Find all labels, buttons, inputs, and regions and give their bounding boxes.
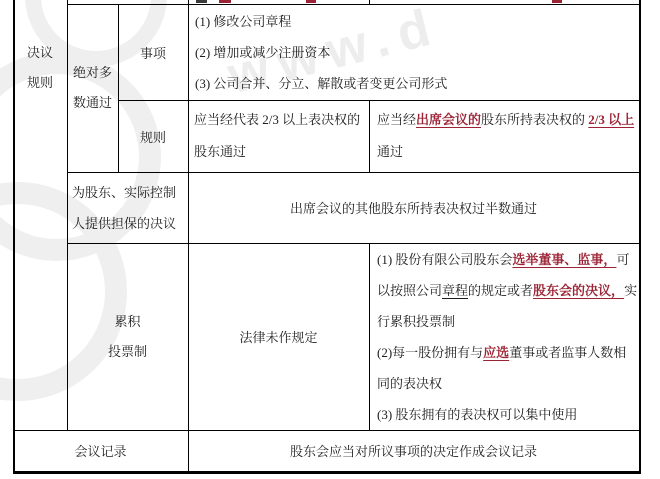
- rule-right-seg2-highlight: 出席会议的: [416, 112, 481, 127]
- cell-minutes-label: 会议记录: [13, 430, 188, 471]
- guarantee-content-text: 出席会议的其他股东所持表决权过半数通过: [188, 198, 639, 217]
- rule-right-seg1: 应当经: [377, 112, 416, 127]
- cumulative-label-line1: 累积: [67, 307, 188, 337]
- cut-off-text-fragment: [306, 0, 316, 3]
- cell-rule-limited-company: 应当经代表 2/3 以上表决权的股东通过: [194, 100, 371, 172]
- rule-right-seg4-highlight: 2/3 以上: [588, 112, 634, 127]
- cumulative-item1: (1) 股份有限公司股东会选举董事、监事，可以按照公司章程的规定或者股东会的决议…: [377, 244, 638, 337]
- table-border-bottom: [13, 471, 641, 474]
- minutes-content-text: 股东会应当对所议事项的决定作成会议记录: [188, 441, 639, 460]
- matters-item: (2) 增加或减少注册资本: [195, 37, 639, 68]
- cut-off-text-fragment: [196, 0, 207, 3]
- cumulative-item2-seg1: (2)每一股份拥有与: [377, 345, 483, 360]
- guarantee-label-line1: 为股东、实际控制: [72, 177, 188, 208]
- cumulative-item1-seg2-highlight: 选举董事、监事，: [512, 252, 616, 267]
- rule-right-seg5: 通过: [377, 144, 403, 159]
- cell-cumulative-content: (1) 股份有限公司股东会选举董事、监事，可以按照公司章程的规定或者股东会的决议…: [377, 243, 638, 430]
- rule-right-seg3: 股东所持表决权的: [481, 112, 588, 127]
- textbook-table-page: www.d 决议 规则 绝对多 数通过 事项 (1) 修改公司章程 (2) 增加…: [0, 0, 660, 479]
- cell-cumulative-middle: 法律未作规定: [188, 243, 369, 430]
- rule-limited-company-text: 应当经代表 2/3 以上表决权的股东通过: [194, 104, 371, 168]
- cell-resolution-rules-header: 决议 规则: [13, 38, 67, 98]
- rule-label: 规则: [118, 127, 188, 146]
- cell-absolute-majority-label: 绝对多 数通过: [67, 4, 118, 172]
- cumulative-item1-seg6-highlight: 股东会的决议，: [533, 283, 624, 298]
- cell-matters-content: (1) 修改公司章程 (2) 增加或减少注册资本 (3) 公司合并、分立、解散或…: [188, 4, 639, 100]
- cell-rule-joint-stock-company: 应当经出席会议的股东所持表决权的 2/3 以上通过: [377, 100, 638, 172]
- matters-item: (1) 修改公司章程: [195, 6, 639, 37]
- cell-minutes-content: 股东会应当对所议事项的决定作成会议记录: [188, 430, 639, 471]
- resolution-rules-line2: 规则: [13, 68, 67, 98]
- cell-guarantee-label: 为股东、实际控制 人提供担保的决议: [72, 172, 188, 243]
- table-border-right: [639, 0, 641, 474]
- cut-off-text-fragment: [219, 0, 231, 3]
- cumulative-item1-seg5: 的规定或者: [468, 283, 533, 298]
- cut-off-text-fragment: [552, 0, 562, 3]
- cumulative-item2-seg2-highlight: 应选: [483, 345, 509, 360]
- minutes-label: 会议记录: [13, 441, 188, 460]
- resolution-rules-line1: 决议: [13, 38, 67, 68]
- cumulative-item1-seg1: (1) 股份有限公司股东会: [377, 252, 512, 267]
- cell-matters-label: 事项: [118, 4, 188, 100]
- cumulative-middle-text: 法律未作规定: [188, 327, 369, 346]
- guarantee-label-line2: 人提供担保的决议: [72, 208, 188, 239]
- cumulative-item2: (2)每一股份拥有与应选董事或者监事人数相同的表决权: [377, 337, 638, 399]
- cell-guarantee-content: 出席会议的其他股东所持表决权过半数通过: [188, 172, 639, 243]
- rule-joint-stock-text: 应当经出席会议的股东所持表决权的 2/3 以上通过: [377, 104, 638, 168]
- cumulative-item1-seg4-underlined: 章程: [442, 283, 468, 298]
- cumulative-label-line2: 投票制: [67, 337, 188, 367]
- cumulative-item3: (3) 股东拥有的表决权可以集中使用: [377, 399, 638, 430]
- absolute-majority-line2: 数通过: [67, 88, 118, 118]
- cell-rule-label: 规则: [118, 100, 188, 172]
- cell-cumulative-label: 累积 投票制: [67, 243, 188, 430]
- matters-label: 事项: [118, 43, 188, 62]
- column-divider-split-cumulative-row: [369, 243, 370, 430]
- matters-item: (3) 公司合并、分立、解散或者变更公司形式: [195, 68, 639, 99]
- absolute-majority-line1: 绝对多: [67, 58, 118, 88]
